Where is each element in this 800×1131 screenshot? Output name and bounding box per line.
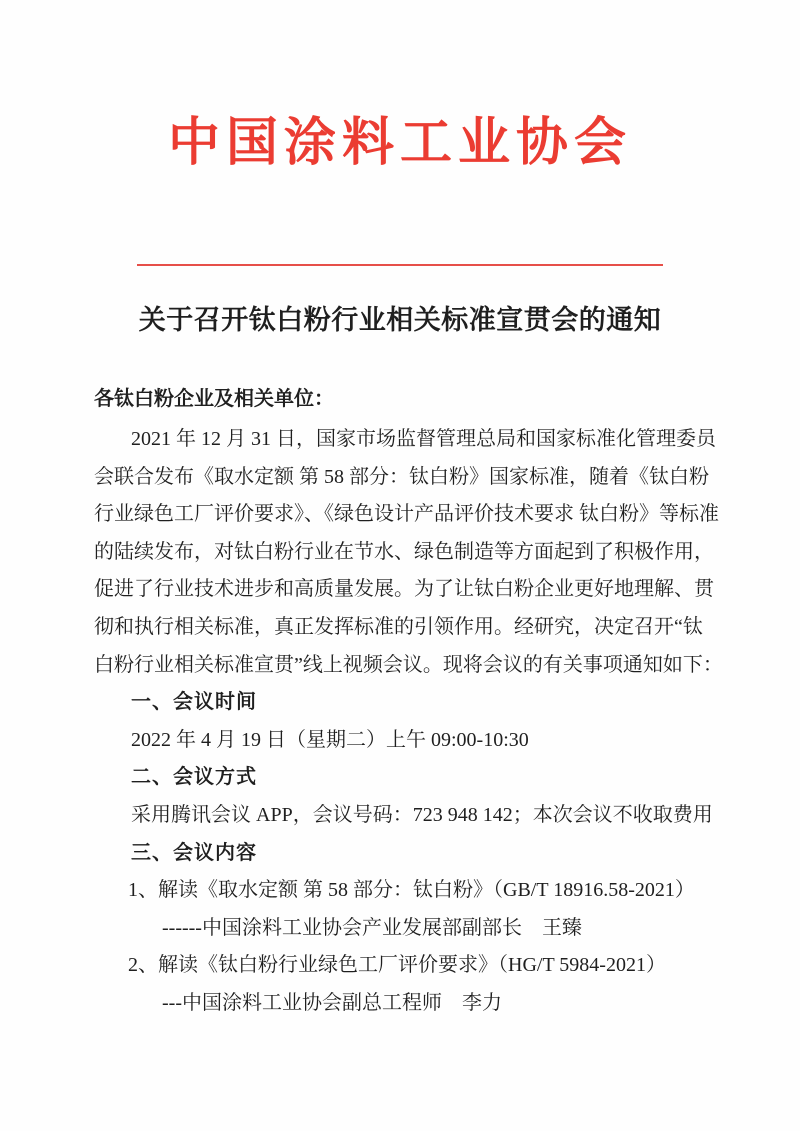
- meeting-time-value: 2022 年 4 月 19 日（星期二）上午 09:00-10:30: [94, 722, 708, 760]
- section-heading-meeting-content: 三、会议内容: [94, 835, 708, 873]
- letterhead-divider: [137, 264, 663, 266]
- intro-line: 行业绿色工厂评价要求》、《绿色设计产品评价技术要求 钛白粉》等标准: [94, 496, 708, 534]
- notice-title: 关于召开钛白粉行业相关标准宣贯会的通知: [0, 302, 800, 338]
- agenda-item-2: 2、解读《钛白粉行业绿色工厂评价要求》（HG/T 5984-2021）: [94, 947, 708, 985]
- intro-line: 彻和执行相关标准，真正发挥标准的引领作用。经研究，决定召开“钛: [94, 609, 708, 647]
- intro-line: 促进了行业技术进步和高质量发展。为了让钛白粉企业更好地理解、贯: [94, 571, 708, 609]
- meeting-method-value: 采用腾讯会议 APP，会议号码：723 948 142；本次会议不收取费用: [94, 797, 708, 835]
- section-heading-meeting-time: 一、会议时间: [94, 684, 708, 722]
- notice-body: 2021 年 12 月 31 日，国家市场监督管理总局和国家标准化管理委员 会联…: [94, 421, 708, 1023]
- document-page: 中国涂料工业协会 关于召开钛白粉行业相关标准宣贯会的通知 各钛白粉企业及相关单位…: [0, 0, 800, 1131]
- agenda-item-1: 1、解读《取水定额 第 58 部分：钛白粉》（GB/T 18916.58-202…: [94, 872, 708, 910]
- agenda-speaker-1: ------中国涂料工业协会产业发展部副部长 王臻: [94, 910, 708, 948]
- intro-line: 白粉行业相关标准宣贯”线上视频会议。现将会议的有关事项通知如下：: [94, 647, 708, 685]
- intro-line: 会联合发布《取水定额 第 58 部分：钛白粉》国家标准，随着《钛白粉: [94, 459, 708, 497]
- intro-line: 2021 年 12 月 31 日，国家市场监督管理总局和国家标准化管理委员: [94, 421, 708, 459]
- salutation: 各钛白粉企业及相关单位：: [94, 385, 334, 413]
- agenda-speaker-2: ---中国涂料工业协会副总工程师 李力: [94, 985, 708, 1023]
- intro-line: 的陆续发布，对钛白粉行业在节水、绿色制造等方面起到了积极作用，: [94, 534, 708, 572]
- letterhead-org-name: 中国涂料工业协会: [0, 111, 800, 177]
- section-heading-meeting-method: 二、会议方式: [94, 759, 708, 797]
